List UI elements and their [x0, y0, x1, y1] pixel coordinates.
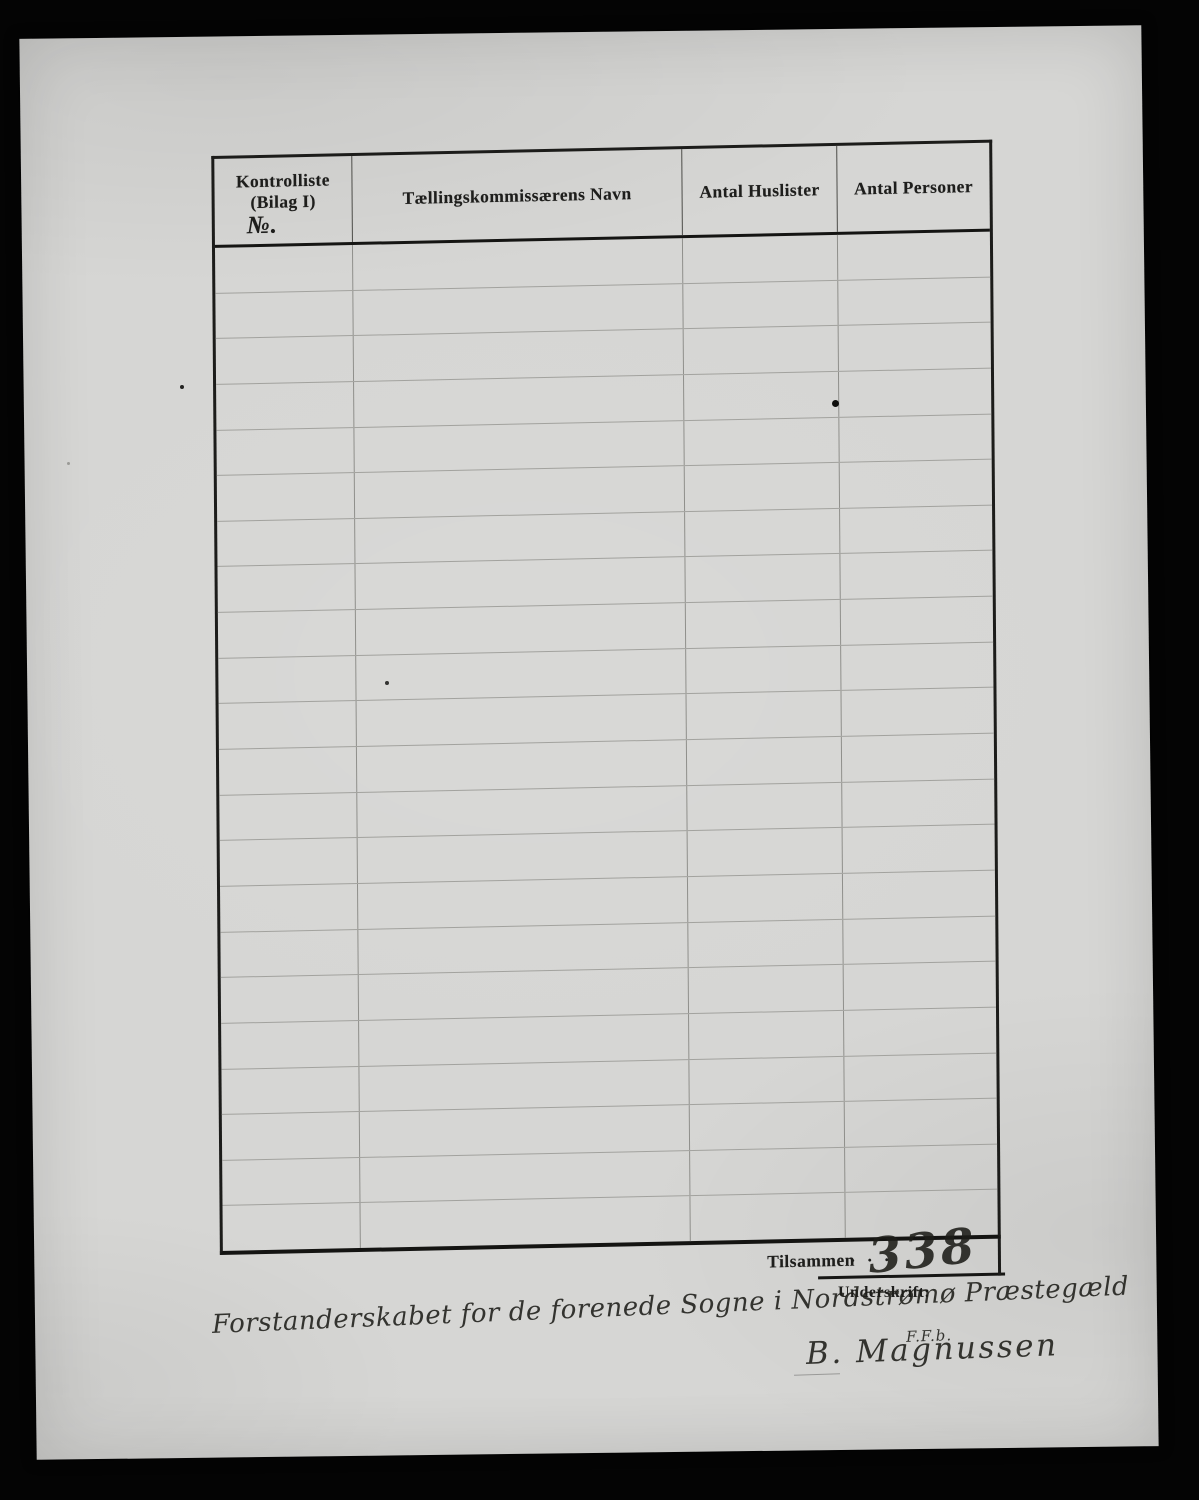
table-cell — [840, 506, 992, 554]
ink-speck — [180, 385, 184, 389]
table-cell — [689, 1056, 844, 1104]
header-label: Antal Huslister — [699, 179, 819, 203]
table-cell — [840, 460, 992, 508]
table-cell — [357, 740, 687, 792]
table-cell — [841, 642, 993, 690]
scanned-document-background: Kontrolliste (Bilag I) №. Tællingskommis… — [0, 0, 1199, 1500]
table-cell — [688, 919, 843, 967]
header-numero-symbol: №. — [215, 212, 352, 239]
total-right-border — [998, 1238, 1001, 1276]
table-cell — [360, 1105, 690, 1157]
table-cell — [690, 1193, 845, 1241]
header-label: Tællingskommissærens Navn — [403, 183, 632, 209]
table-cell — [842, 734, 994, 782]
table-cell — [355, 512, 685, 564]
ink-speck — [711, 746, 713, 748]
table-cell — [838, 232, 990, 280]
header-taellingskommissaerens-navn: Tællingskommissærens Navn — [352, 149, 683, 242]
table-cell — [354, 329, 684, 381]
table-cell — [844, 1008, 996, 1056]
table-cell — [353, 238, 683, 290]
table-cell — [357, 695, 687, 747]
table-cell — [222, 1158, 360, 1206]
table-cell — [842, 779, 994, 827]
table-cell — [838, 277, 990, 325]
table-cell — [687, 691, 842, 739]
table-cell — [356, 649, 686, 701]
table-cell — [220, 930, 358, 978]
ink-speck — [345, 351, 347, 353]
table-cell — [218, 656, 356, 704]
total-value-handwritten: 338 — [865, 1217, 979, 1284]
table-cell — [686, 600, 841, 648]
table-cell — [360, 1151, 690, 1203]
table-cell — [839, 369, 991, 417]
table-cell — [359, 968, 689, 1020]
table-cell — [839, 323, 991, 371]
ink-speck — [385, 681, 389, 685]
table-cell — [688, 828, 843, 876]
table-cell — [221, 975, 359, 1023]
table-cell — [358, 831, 688, 883]
table-cell — [354, 421, 684, 473]
table-cell — [359, 1014, 689, 1066]
table-cell — [217, 565, 355, 613]
ink-blot — [832, 400, 839, 407]
table-cell — [357, 786, 687, 838]
table-cell — [358, 877, 688, 929]
table-cell — [353, 284, 683, 336]
table-header-row: Kontrolliste (Bilag I) №. Tællingskommis… — [214, 143, 990, 248]
table-cell — [688, 874, 843, 922]
table-cell — [223, 1203, 361, 1251]
table-frame: Kontrolliste (Bilag I) №. Tællingskommis… — [211, 140, 1001, 1255]
header-kontrolliste-line2: (Bilag I) — [215, 190, 352, 214]
census-summary-page: Kontrolliste (Bilag I) №. Tællingskommis… — [19, 25, 1158, 1460]
ink-speck — [67, 462, 70, 465]
table-cell — [689, 965, 844, 1013]
header-antal-huslister: Antal Huslister — [682, 146, 838, 235]
table-cell — [843, 825, 995, 873]
table-cell — [844, 962, 996, 1010]
table-cell — [220, 884, 358, 932]
header-kontrolliste: Kontrolliste (Bilag I) №. — [214, 156, 353, 245]
table-cell — [219, 793, 357, 841]
table-cell — [843, 916, 995, 964]
table-cell — [356, 603, 686, 655]
table-cell — [684, 326, 839, 374]
table-cell — [216, 336, 354, 384]
table-cell — [841, 597, 993, 645]
total-label: Tilsammen — [767, 1250, 855, 1273]
table-cell — [215, 291, 353, 339]
table-cell — [687, 737, 842, 785]
table-cell — [689, 1011, 844, 1059]
table-cell — [685, 554, 840, 602]
table-cell — [355, 466, 685, 518]
table-cell — [219, 701, 357, 749]
table-cell — [219, 747, 357, 795]
table-cell — [216, 382, 354, 430]
table-cell — [220, 838, 358, 886]
table-cell — [690, 1102, 845, 1150]
table-body — [215, 232, 998, 1251]
table-cell — [218, 610, 356, 658]
table-cell — [684, 417, 839, 465]
table-cell — [845, 1144, 997, 1192]
table-cell — [685, 463, 840, 511]
table-cell — [683, 235, 838, 283]
table-cell — [684, 372, 839, 420]
table-cell — [360, 1197, 690, 1249]
table-cell — [355, 558, 685, 610]
header-antal-personer: Antal Personer — [837, 143, 990, 232]
table-cell — [690, 1148, 845, 1196]
table-cell — [217, 473, 355, 521]
table-cell — [358, 923, 688, 975]
table-cell — [839, 414, 991, 462]
table-cell — [215, 245, 353, 293]
table-cell — [844, 1053, 996, 1101]
ink-speck — [1023, 73, 1026, 76]
table-cell — [222, 1112, 360, 1160]
table-cell — [845, 1099, 997, 1147]
table-cell — [843, 871, 995, 919]
table-cell — [217, 519, 355, 567]
header-label: Antal Personer — [854, 176, 973, 199]
table-cell — [221, 1021, 359, 1069]
table-cell — [840, 551, 992, 599]
table-cell — [683, 281, 838, 329]
table-cell — [686, 646, 841, 694]
table-cell — [685, 509, 840, 557]
table-cell — [359, 1060, 689, 1112]
table-cell — [687, 783, 842, 831]
table-cell — [841, 688, 993, 736]
census-summary-table: Kontrolliste (Bilag I) №. Tællingskommis… — [211, 140, 1001, 1292]
table-cell — [221, 1067, 359, 1115]
header-kontrolliste-line1: Kontrolliste — [214, 169, 351, 193]
table-cell — [354, 375, 684, 427]
table-cell — [216, 428, 354, 476]
